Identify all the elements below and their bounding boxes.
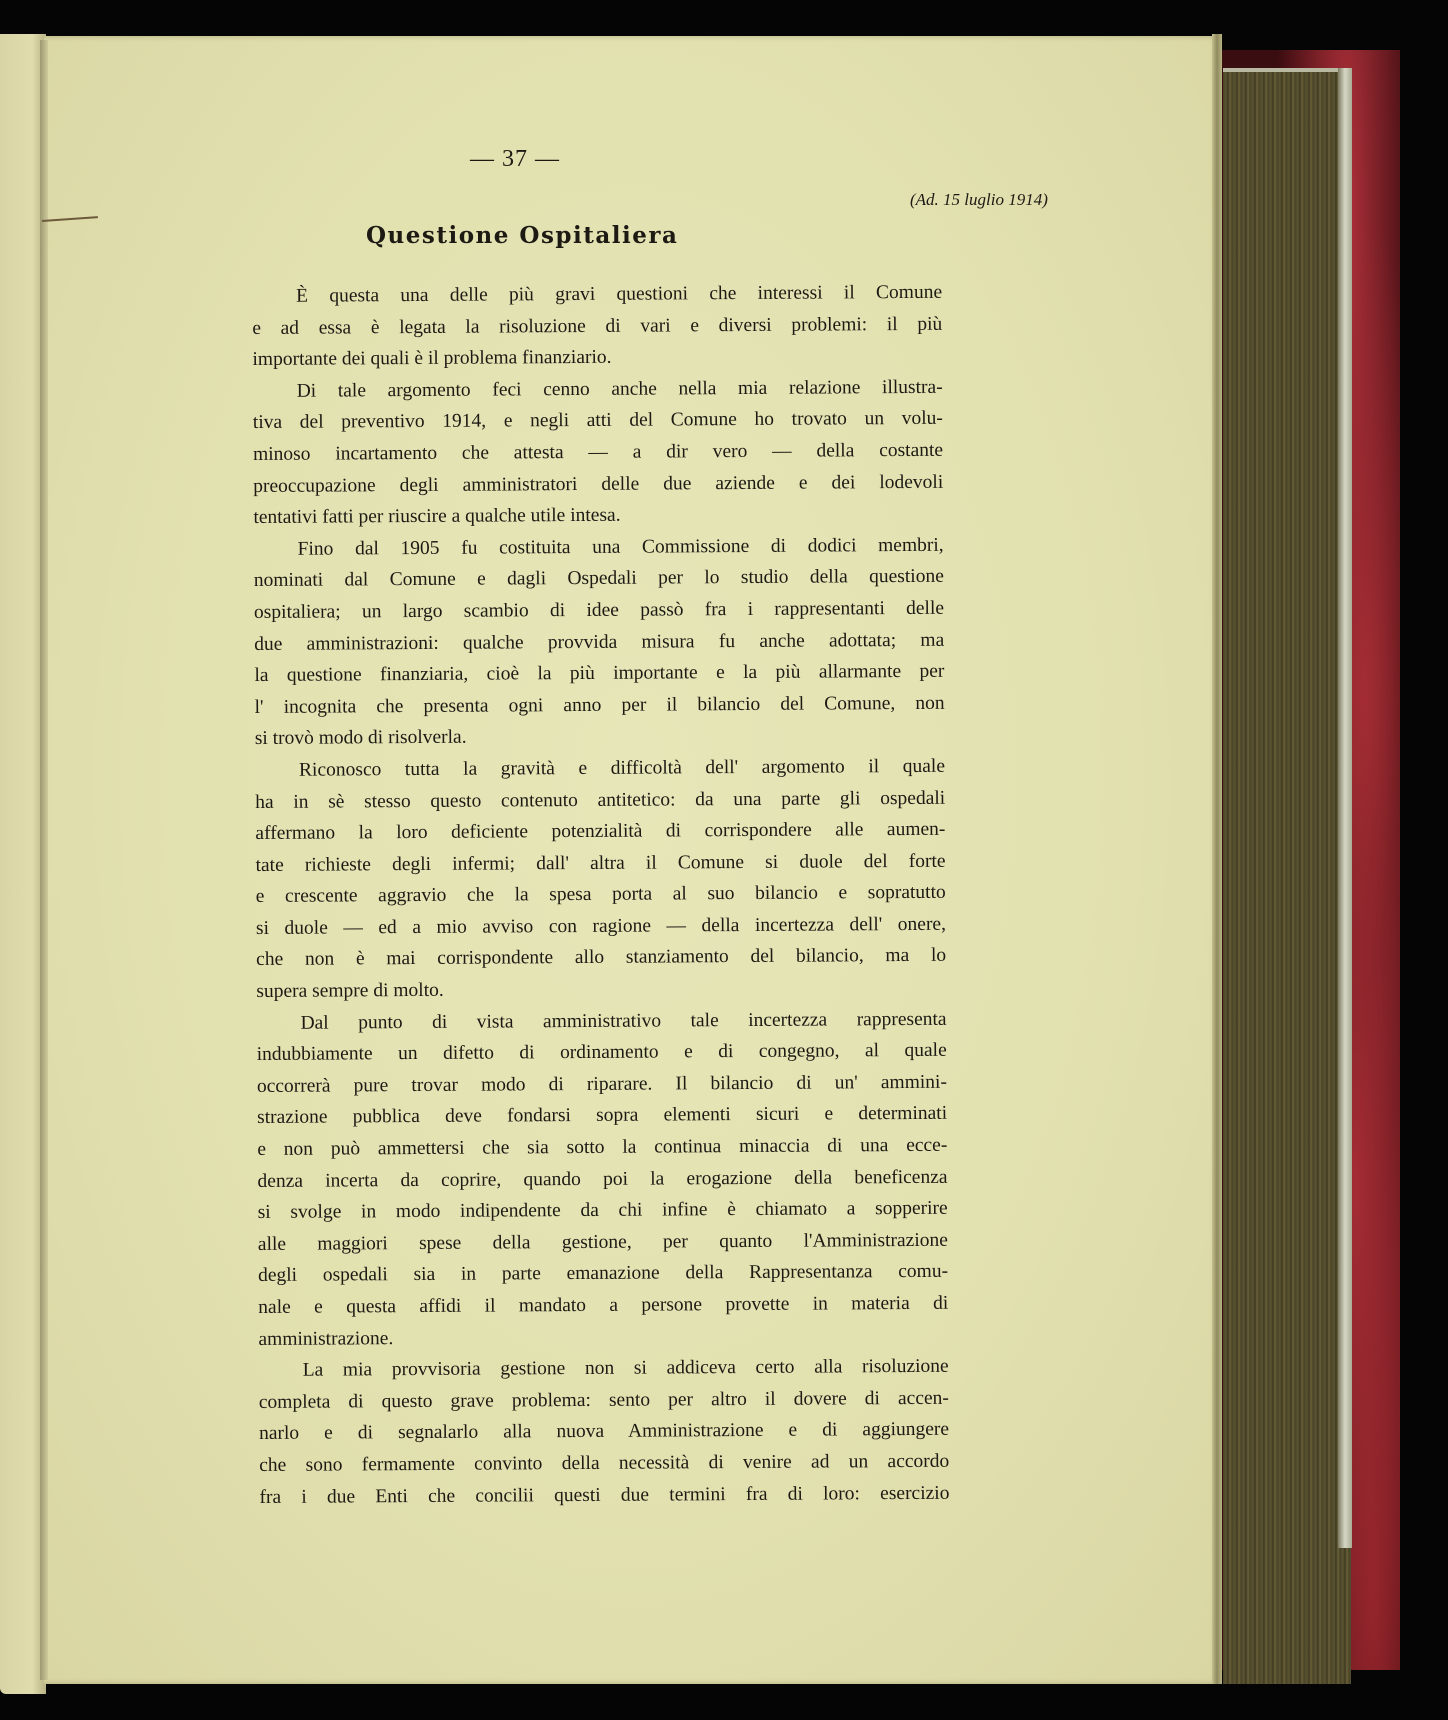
text-line: e crescente aggravio che la spesa porta …: [256, 877, 946, 913]
text-line: È questa una delle più gravi questioni c…: [252, 277, 942, 313]
page-content: — 37 — (Ad. 15 luglio 1914) Questione Os…: [0, 0, 1448, 1720]
section-title: Questione Ospitaliera: [366, 222, 678, 249]
text-line: Fino dal 1905 fu costituita una Commissi…: [254, 530, 944, 566]
text-line: l' incognita che presenta ogni anno per …: [255, 687, 945, 723]
text-line: che sono fermamente convinto della neces…: [259, 1446, 949, 1482]
text-line: e non può ammettersi che sia sotto la co…: [257, 1130, 947, 1166]
text-line: denza incerta da coprire, quando poi la …: [257, 1161, 947, 1197]
text-line: affermano la loro deficiente potenzialit…: [255, 814, 945, 850]
text-line: degli ospedali sia in parte emanazione d…: [258, 1256, 948, 1292]
text-line: Riconosco tutta la gravità e difficoltà …: [255, 751, 945, 787]
text-line: preoccupazione degli amministratori dell…: [253, 466, 943, 502]
paragraph-1: È questa una delle più gravi questioni c…: [252, 277, 943, 376]
text-line: tentativi fatti per riuscire a qualche u…: [253, 498, 943, 534]
paragraph-5: Dal punto di vista amministrativo tale i…: [256, 1003, 948, 1355]
text-line: minoso incartamento che attesta — a dir …: [253, 435, 943, 471]
paragraph-4: Riconosco tutta la gravità e difficoltà …: [255, 751, 947, 1008]
paragraph-6: La mia provvisoria gestione non si addic…: [259, 1351, 950, 1513]
text-line: e ad essa è legata la risoluzione di var…: [252, 308, 942, 344]
body-text: È questa una delle più gravi questioni c…: [252, 277, 950, 1513]
text-line: completa di questo grave problema: sento…: [259, 1383, 949, 1419]
paragraph-2: Di tale argomento feci cenno anche nella…: [253, 372, 944, 534]
text-line: strazione pubblica deve fondarsi sopra e…: [257, 1098, 947, 1134]
page-number: — 37 —: [470, 146, 560, 173]
text-line: occorrerà pure trovar modo di riparare. …: [257, 1067, 947, 1103]
text-line: che non è mai corrispondente allo stanzi…: [256, 940, 946, 976]
text-line: la questione finanziaria, cioè la più im…: [254, 656, 944, 692]
text-line: importante dei quali è il problema finan…: [252, 340, 942, 376]
text-line: si duole — ed a mio avviso con ragione —…: [256, 909, 946, 945]
text-line: nale e questa affidi il mandato a person…: [258, 1288, 948, 1324]
text-line: Dal punto di vista amministrativo tale i…: [256, 1003, 946, 1039]
text-line: si trovò modo di risolverla.: [255, 719, 945, 755]
dateline: (Ad. 15 luglio 1914): [910, 190, 1048, 210]
text-line: narlo e di segnalarlo alla nuova Amminis…: [259, 1414, 949, 1450]
text-line: La mia provvisoria gestione non si addic…: [259, 1351, 949, 1387]
text-line: amministrazione.: [258, 1319, 948, 1355]
text-line: tate richieste degli infermi; dall' altr…: [255, 845, 945, 881]
paragraph-3: Fino dal 1905 fu costituita una Commissi…: [254, 530, 945, 755]
text-line: si svolge in modo indipendente da chi in…: [258, 1193, 948, 1229]
text-line: Di tale argomento feci cenno anche nella…: [253, 372, 943, 408]
text-line: ospitaliera; un largo scambio di idee pa…: [254, 593, 944, 629]
text-line: ha in sè stesso questo contenuto antitet…: [255, 782, 945, 818]
text-line: nominati dal Comune e dagli Ospedali per…: [254, 561, 944, 597]
text-line: due amministrazioni: qualche provvida mi…: [254, 624, 944, 660]
text-line: supera sempre di molto.: [256, 972, 946, 1008]
text-line: alle maggiori spese della gestione, per …: [258, 1225, 948, 1261]
text-line: tiva del preventivo 1914, e negli atti d…: [253, 403, 943, 439]
text-line: fra i due Enti che concilii questi due t…: [259, 1477, 949, 1513]
text-line: indubbiamente un difetto di ordinamento …: [257, 1035, 947, 1071]
